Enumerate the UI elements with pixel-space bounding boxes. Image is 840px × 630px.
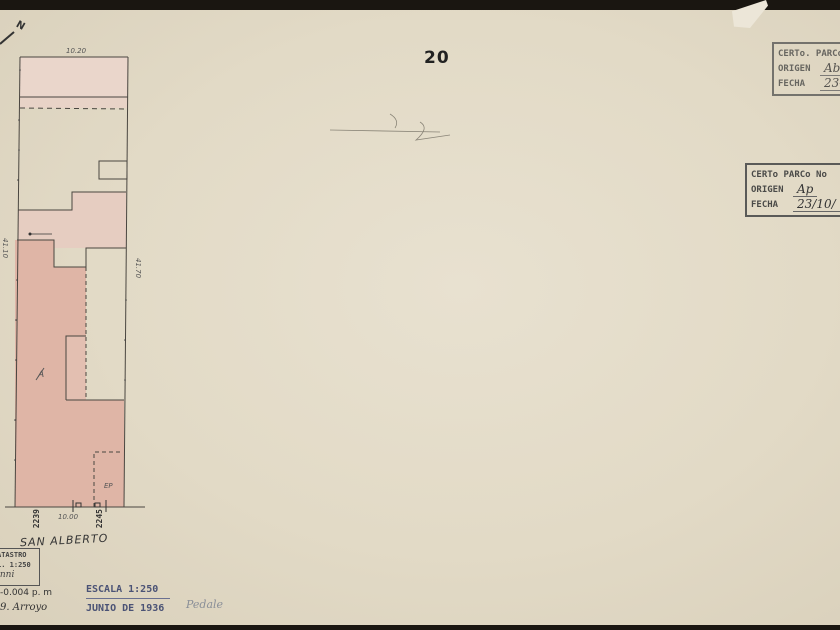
stamp-origin-value: Ab <box>820 61 840 76</box>
stamp-cert-label: CERTo PARCo No <box>751 168 827 182</box>
author-note: 9. Arroyo <box>0 602 47 613</box>
stamp-origin-label: ORIGEN <box>778 62 820 76</box>
catastro-handwriting: inni <box>0 570 37 580</box>
scale-label: ESCALA 1:250 <box>86 584 170 599</box>
parcel-certificate-stamp: CERTo PARCo No ORIGENAp FECHA23/10/ <box>745 163 840 217</box>
catastro-title: ATASTRO <box>0 550 37 560</box>
zone-label-a: A <box>38 370 44 380</box>
right-depth-label: 41.70 <box>134 258 142 278</box>
top-width-label: 10.20 <box>66 47 86 55</box>
bottom-width-label: 10.00 <box>58 513 78 521</box>
signature: Pedale <box>186 598 223 611</box>
stamp-origin-value: Ap <box>793 182 817 197</box>
scale-date-stamp: ESCALA 1:250 JUNIO DE 1936 <box>86 584 170 614</box>
zone-label-ep: EP <box>104 482 113 490</box>
scale-note: -0.004 p. m <box>0 588 52 598</box>
parcel-certificate-stamp-top: CERTo. PARCo. No ORIGENAb FECHA23- <box>772 42 840 96</box>
catastro-scale: L. 1:250 <box>0 560 37 570</box>
stamp-origin-label: ORIGEN <box>751 183 793 197</box>
sheet-number: 20 <box>424 48 450 68</box>
stamp-date-value: 23- <box>820 76 840 91</box>
stamp-date-label: FECHA <box>751 198 793 212</box>
date-label: JUNIO DE 1936 <box>86 599 170 614</box>
house-number: 2245 <box>95 509 104 528</box>
scan-bottom-edge <box>0 625 840 630</box>
left-depth-label: 41.10 <box>1 238 9 258</box>
stamp-date-value: 23/10/ <box>793 197 840 212</box>
pencil-mark <box>320 110 460 150</box>
stamp-date-label: FECHA <box>778 77 820 91</box>
house-number: 2239 <box>32 509 41 528</box>
stamp-cert-label: CERTo. PARCo. No <box>778 47 840 61</box>
catastro-stamp: ATASTRO L. 1:250 inni <box>0 548 40 586</box>
